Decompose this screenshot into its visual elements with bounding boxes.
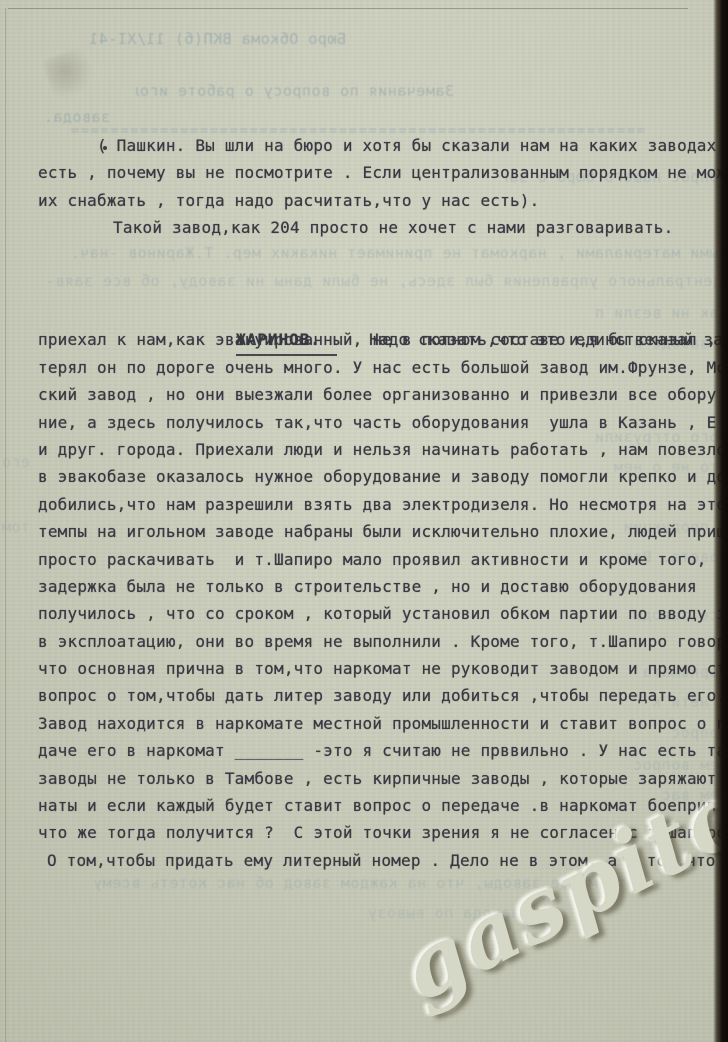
typed-line-speaker: ЖАРИНОВ.Надо сказать,что это единственны… bbox=[38, 299, 728, 326]
typed-line: наты и если каждый будет ставит вопрос о… bbox=[38, 792, 728, 819]
typed-line: что основная прична в том,что наркомат н… bbox=[38, 655, 728, 682]
pencil-smudge bbox=[42, 45, 100, 102]
bleedthrough-header-line: Замечания по вопросу о работе игольного bbox=[136, 82, 454, 100]
bleedthrough-header-line: завода. bbox=[30, 108, 110, 126]
typed-line: заводы не только в Тамбове , есть кирпич… bbox=[38, 765, 728, 792]
typed-line: добились,что нам разрешили взять два эле… bbox=[38, 491, 728, 518]
typed-line: есть , почему вы не посмотрите . Если це… bbox=[38, 159, 728, 186]
typed-line: темпы на игольном заводе набраны были ис… bbox=[38, 518, 728, 545]
typed-line: Завод находится в наркомате местной пром… bbox=[38, 710, 728, 737]
typed-line: О том,чтобы придать ему литерный номер .… bbox=[38, 847, 728, 874]
typed-line: ние, а здесь получилось так,что часть об… bbox=[38, 409, 728, 436]
typed-line: Такой завод,как 204 просто не хочет с на… bbox=[38, 214, 728, 241]
typed-line: в эксплоатацию, они во время не выполнил… bbox=[38, 628, 728, 655]
paragraph-zharinov: ЖАРИНОВ.Надо сказать,что это единственны… bbox=[38, 299, 728, 874]
typed-line: их снабжать , тогда надо расчитать,что у… bbox=[38, 187, 728, 214]
paragraph-pashkin: ( Пашкин. Вы шли на бюро и хотя бы сказа… bbox=[38, 132, 728, 242]
typed-line: в эвакобазе оказалось нужное оборудовани… bbox=[38, 463, 728, 490]
typed-line: получилось , что со сроком , который уст… bbox=[38, 600, 728, 627]
scan-dark-edge bbox=[713, 0, 728, 1042]
bleedthrough-fragment: выми материалами , наркомат не принимает… bbox=[0, 244, 728, 262]
bleedthrough-fragment: смотрим все заводы, что на каждом завод … bbox=[95, 874, 655, 892]
typed-line: задержка была не только в строительстве … bbox=[38, 573, 728, 600]
typed-line: вопрос о том,чтобы дать литер заводу или… bbox=[38, 682, 728, 709]
typed-line: даче его в наркомат _______ -это я счита… bbox=[38, 737, 728, 764]
typed-line: и друг. города. Приехали люди и нельзя н… bbox=[38, 436, 728, 463]
typed-line: терял он по дороге очень много. У нас ес… bbox=[38, 354, 728, 381]
bleedthrough-fragment: завода по вывозу bbox=[300, 904, 520, 922]
bleedthrough-header-line: Бюро Обкома ВКП(б) 11/XI-41г. bbox=[88, 30, 346, 48]
typed-line: что же тогда получится ? С этой точки зр… bbox=[38, 819, 728, 846]
typed-line: просто раскачивать и т.Шапиро мало прояв… bbox=[38, 546, 728, 573]
bleedthrough-fragment: центрального управления был здесь, не бы… bbox=[0, 272, 722, 290]
typed-line: ( Пашкин. Вы шли на бюро и хотя бы сказа… bbox=[38, 132, 728, 159]
typed-line: ский завод , но они выезжали более орган… bbox=[38, 381, 728, 408]
paper-left-edge bbox=[5, 8, 6, 1042]
scanned-document-page: Бюро Обкома ВКП(б) 11/XI-41г. Замечания … bbox=[0, 0, 728, 1042]
paper-top-edge bbox=[8, 8, 688, 9]
typed-line: приехал к нам,как эвакуированный, не в п… bbox=[38, 326, 728, 353]
